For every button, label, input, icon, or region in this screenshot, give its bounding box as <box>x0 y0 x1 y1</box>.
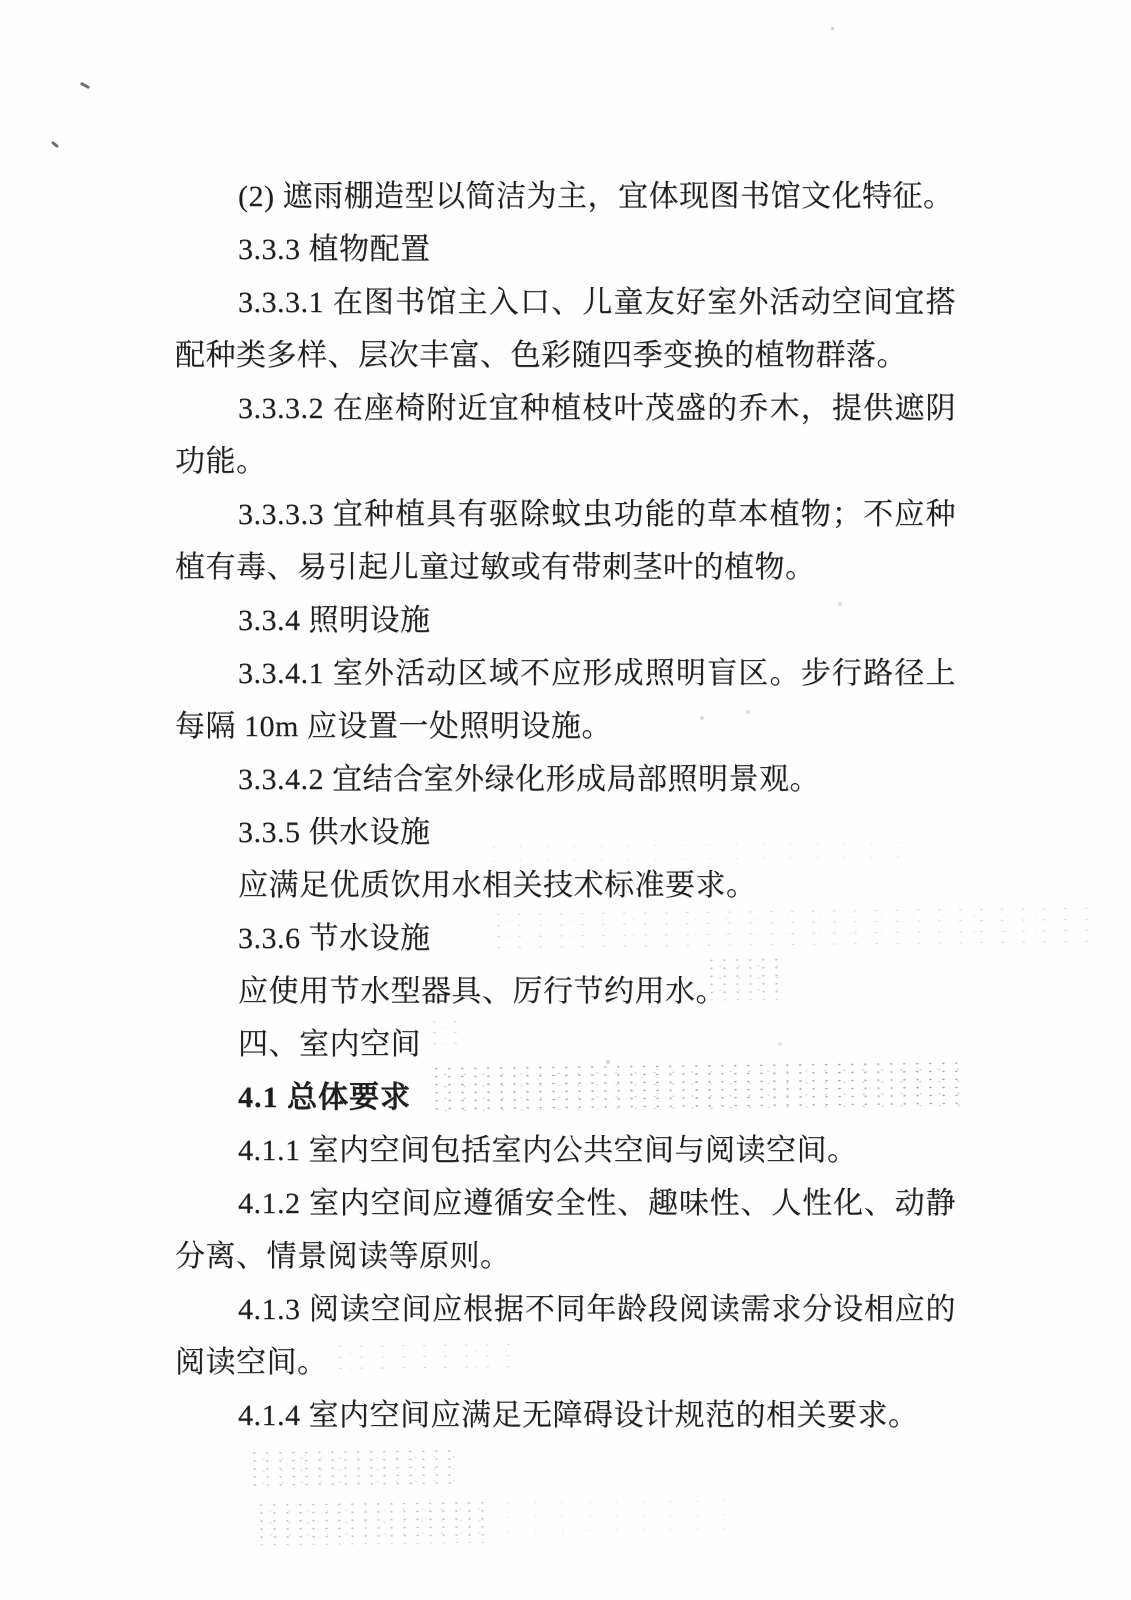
text-line: 4.1.1 室内空间包括室内公共空间与阅读空间。 <box>175 1124 956 1177</box>
scan-speckle <box>430 1059 965 1115</box>
text-line: 植有毒、易引起儿童过敏或有带刺茎叶的植物。 <box>175 541 956 594</box>
scan-speckle <box>424 1016 474 1055</box>
scan-dot <box>831 27 834 30</box>
text-line: 阅读空间。 <box>175 1336 956 1389</box>
scan-dot <box>838 602 842 606</box>
text-line: 3.3.3.3 宜种植具有驱除蚊虫功能的草本植物；不应种 <box>175 488 956 541</box>
text-line: 4.1.2 室内空间应遵循安全性、趣味性、人性化、动静 <box>175 1177 956 1230</box>
scan-speckle <box>330 1339 520 1377</box>
scan-speckle <box>480 836 920 875</box>
scan-speckle <box>248 1447 458 1487</box>
text-line: 功能。 <box>175 435 956 488</box>
document-page: (2) 遮雨棚造型以简洁为主，宜体现图书馆文化特征。3.3.3 植物配置3.3.… <box>0 0 1131 1600</box>
text-line: 3.3.3.2 在座椅附近宜种植枝叶茂盛的乔木，提供遮阴 <box>175 382 956 435</box>
text-line: 4.1.3 阅读空间应根据不同年龄段阅读需求分设相应的 <box>175 1283 956 1336</box>
text-content: (2) 遮雨棚造型以简洁为主，宜体现图书馆文化特征。3.3.3 植物配置3.3.… <box>175 170 956 1442</box>
scan-dot <box>778 1042 782 1046</box>
text-line: 分离、情景阅读等原则。 <box>175 1230 956 1283</box>
text-line: 应使用节水型器具、厉行节约用水。 <box>175 965 956 1018</box>
text-line: 每隔 10m 应设置一处照明设施。 <box>175 700 956 753</box>
scan-speckle <box>495 1494 745 1535</box>
scan-speckle <box>705 956 785 1001</box>
text-line: 3.3.4.2 宜结合室外绿化形成局部照明景观。 <box>175 753 956 806</box>
text-line: 3.3.3 植物配置 <box>175 223 956 276</box>
scan-mark <box>80 82 90 89</box>
scan-speckle <box>488 903 1088 949</box>
scan-mark <box>51 141 59 148</box>
text-line: 配种类多样、层次丰富、色彩随四季变换的植物群落。 <box>175 329 956 382</box>
scan-speckle <box>255 1499 485 1545</box>
text-line: (2) 遮雨棚造型以简洁为主，宜体现图书馆文化特征。 <box>175 170 956 223</box>
text-line: 3.3.4.1 室外活动区域不应形成照明盲区。步行路径上 <box>175 647 956 700</box>
text-line: 3.3.3.1 在图书馆主入口、儿童友好室外活动空间宜搭 <box>175 276 956 329</box>
scan-dot <box>746 710 750 714</box>
scan-dot <box>700 716 704 720</box>
text-line: 4.1.4 室内空间应满足无障碍设计规范的相关要求。 <box>175 1389 956 1442</box>
